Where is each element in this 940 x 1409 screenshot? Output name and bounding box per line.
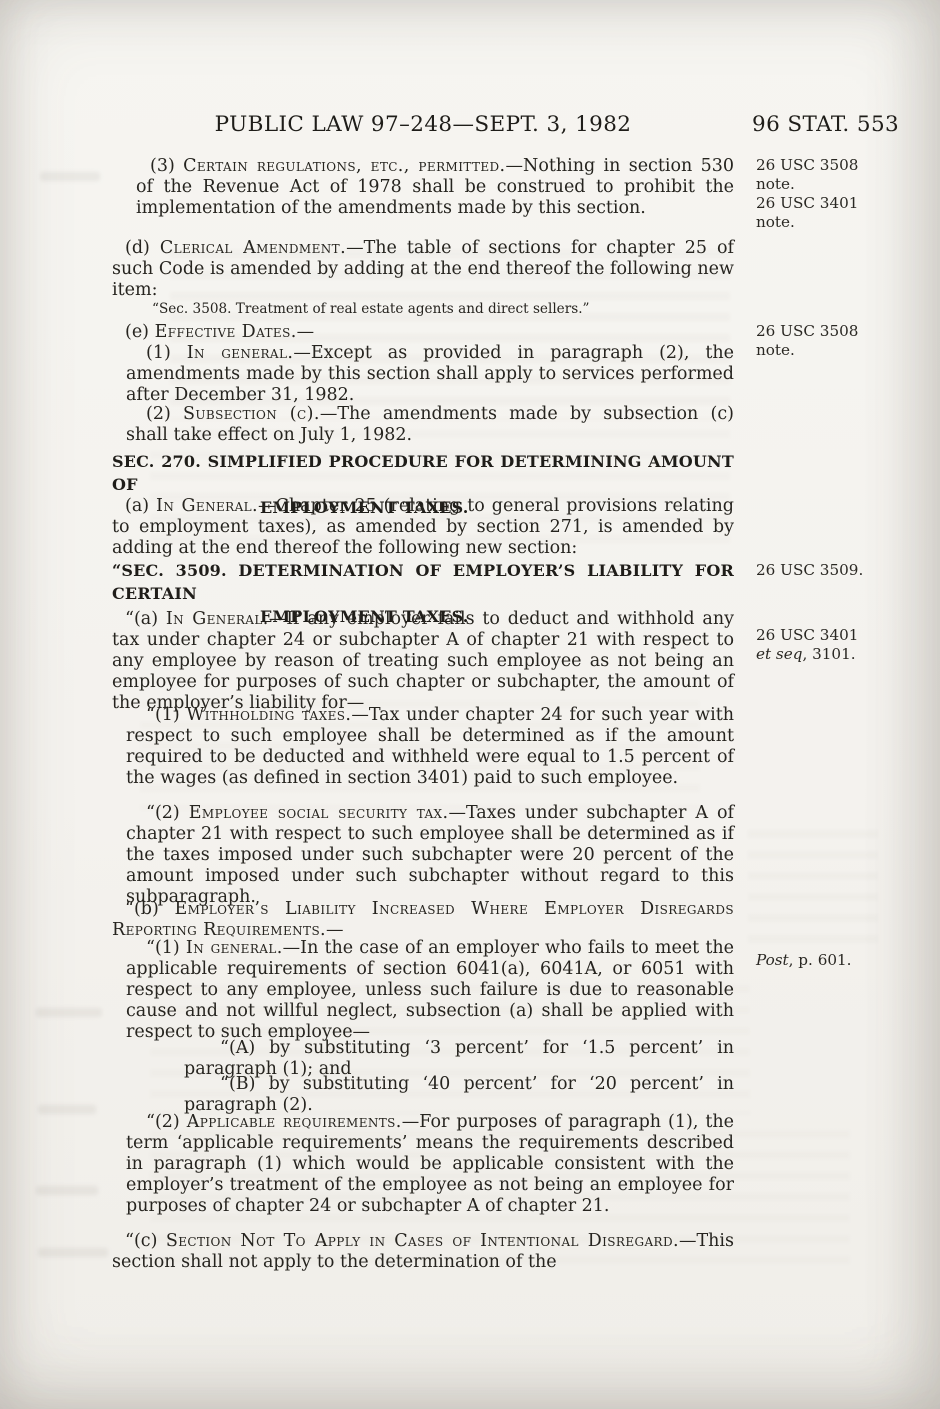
- quoted-para-2-employee-social-security-tax: “(2) Employee social security tax.—Taxes…: [112, 803, 734, 908]
- margin-note-26usc3508-note-2: 26 USC 3508 note.: [756, 322, 876, 360]
- running-header-law-title: PUBLIC LAW 97–248—SEPT. 3, 1982: [112, 112, 734, 137]
- bleed-through-smudge: [40, 172, 100, 181]
- bleed-through-smudge: [38, 1248, 108, 1257]
- para-e2-subsection-c: (2) Subsection (c).—The amendments made …: [112, 404, 734, 446]
- quoted-section-heading-3509-line1: “SEC. 3509. DETERMINATION OF EMPLOYER’S …: [112, 559, 734, 605]
- bleed-through-ghost: [748, 830, 878, 950]
- quoted-subsec-b-employer-liability-increased: “(b) Employer’s Liability Increased Wher…: [112, 899, 734, 941]
- margin-note-26usc3508-note-1: 26 USC 3508 note.: [756, 156, 876, 194]
- para-3-certain-regulations: (3) Certain regulations, etc., permitted…: [112, 156, 734, 219]
- subsec-e-effective-dates: (e) Effective Dates.—: [112, 322, 734, 343]
- para-e1-in-general: (1) In general.—Except as provided in pa…: [112, 343, 734, 406]
- quoted-table-item-sec-3508: “Sec. 3508. Treatment of real estate age…: [112, 301, 734, 318]
- margin-note-26usc3401-note: 26 USC 3401 note.: [756, 194, 876, 232]
- margin-note-26usc3401-etseq-3101: 26 USC 3401 et seq, 3101.: [756, 626, 876, 664]
- margin-note-26usc3509: 26 USC 3509.: [756, 561, 876, 580]
- bleed-through-smudge: [38, 1105, 96, 1114]
- quoted-subpara-B-substitution: “(B) by substituting ‘40 percent’ for ‘2…: [112, 1074, 734, 1116]
- bleed-through-smudge: [36, 1008, 102, 1017]
- bleed-through-smudge: [36, 1186, 98, 1195]
- running-header-stat-page-number: 96 STAT. 553: [752, 112, 882, 137]
- quoted-para-1-withholding-taxes: “(1) Withholding taxes.—Tax under chapte…: [112, 705, 734, 789]
- margin-note-post-p601: Post, p. 601.: [756, 951, 876, 970]
- section-heading-270-line1: SEC. 270. SIMPLIFIED PROCEDURE FOR DETER…: [112, 450, 734, 496]
- quoted-subsec-a-in-general: “(a) In General.—If any employer fails t…: [112, 609, 734, 714]
- quoted-para-b1-in-general: “(1) In general.—In the case of an emplo…: [112, 938, 734, 1043]
- subsec-d-clerical-amendment: (d) Clerical Amendment.—The table of sec…: [112, 238, 734, 301]
- quoted-para-b2-applicable-requirements: “(2) Applicable requirements.—For purpos…: [112, 1112, 734, 1217]
- subsec-a-in-general: (a) In General.—Chapter 25 (relating to …: [112, 496, 734, 559]
- quoted-subsec-c-intentional-disregard: “(c) Section Not To Apply in Cases of In…: [112, 1231, 734, 1273]
- statute-page: PUBLIC LAW 97–248—SEPT. 3, 1982 96 STAT.…: [0, 0, 940, 1409]
